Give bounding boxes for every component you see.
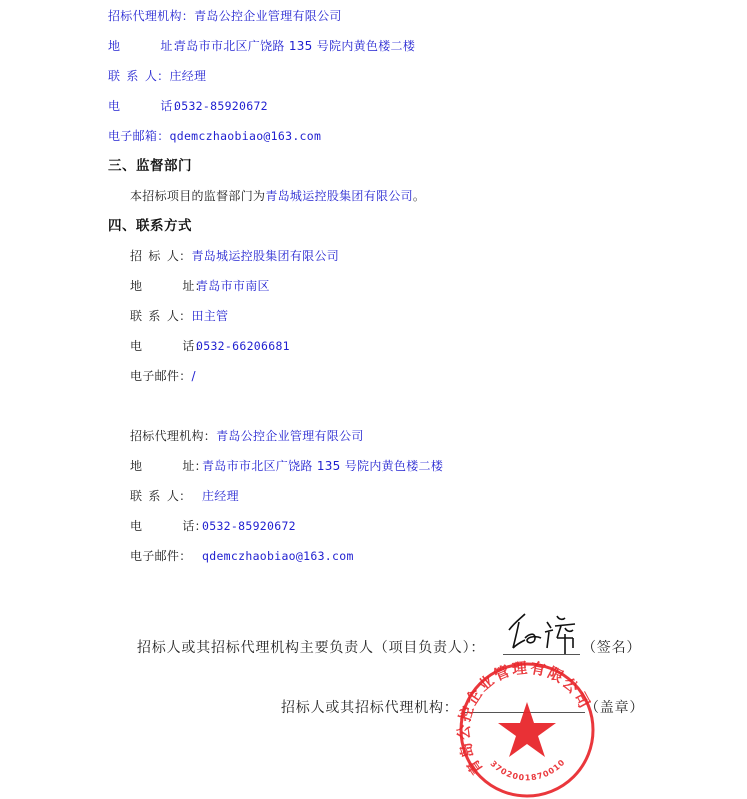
agent1-phone-label: 电话：: [108, 98, 174, 114]
section3-prefix: 本招标项目的监督部门为: [130, 189, 265, 203]
tenderer-contact-row: 联 系 人：田主管: [130, 308, 228, 324]
agent2-email-label: 电子邮件：: [130, 548, 202, 564]
agent2-phone-label: 电话：: [130, 518, 202, 534]
agent1-contact-value: 庄经理: [169, 69, 206, 83]
tenderer-phone-row: 电话：0532-66206681: [130, 338, 290, 354]
section4-heading: 四、联系方式: [108, 217, 192, 235]
agent2-phone-value: 0532-85920672: [202, 519, 296, 533]
agency-label: 招标人或其招标代理机构：: [281, 697, 459, 717]
agent2-org-value: 青岛公控企业管理有限公司: [216, 429, 364, 443]
seal-number: 3702001870010: [488, 757, 567, 782]
responsible-label: 招标人或其招标代理机构主要负责人（项目负责人）：: [137, 637, 485, 657]
tenderer-contact-value: 田主管: [191, 309, 228, 323]
tenderer-name-label: 招 标 人：: [130, 249, 191, 263]
agent2-address-row: 地址：青岛市市北区广饶路 135 号院内黄色楼二楼: [130, 458, 443, 474]
tenderer-address-label: 地址：: [130, 278, 196, 294]
tenderer-phone-value: 0532-66206681: [196, 339, 290, 353]
tenderer-email-row: 电子邮件：/: [130, 368, 196, 384]
agent1-contact-row: 联 系 人：庄经理: [108, 68, 206, 84]
tenderer-email-value: /: [192, 369, 196, 383]
agent1-address-row: 地址：青岛市市北区广饶路 135 号院内黄色楼二楼: [108, 38, 415, 54]
agent1-contact-label: 联 系 人：: [108, 69, 169, 83]
tenderer-address-row: 地址：青岛市市南区: [130, 278, 270, 294]
tenderer-name-row: 招 标 人：青岛城运控股集团有限公司: [130, 248, 339, 264]
agent1-phone-row: 电话：0532-85920672: [108, 98, 268, 114]
agent1-org-label: 招标代理机构：: [108, 9, 194, 23]
agent1-email-row: 电子邮箱：qdemczhaobiao@163.com: [108, 128, 321, 144]
agent2-email-row: 电子邮件：qdemczhaobiao@163.com: [130, 548, 354, 564]
agent2-address-value: 青岛市市北区广饶路 135 号院内黄色楼二楼: [202, 459, 443, 473]
agent2-email-value: qdemczhaobiao@163.com: [202, 549, 354, 563]
agent2-contact-value: 庄经理: [202, 489, 239, 503]
tenderer-email-label: 电子邮件：: [130, 369, 192, 383]
company-seal-stamp: 青岛公控企业管理有限公司 3702001870010: [456, 660, 598, 799]
agent2-contact-label: 联 系 人：: [130, 488, 202, 504]
agent2-org-row: 招标代理机构：青岛公控企业管理有限公司: [130, 428, 364, 444]
agent1-phone-value: 0532-85920672: [174, 99, 268, 113]
sign-suffix: （签名）: [582, 637, 641, 657]
tenderer-phone-label: 电话：: [130, 338, 196, 354]
tenderer-address-value: 青岛市市南区: [196, 279, 270, 293]
agent1-org-value: 青岛公控企业管理有限公司: [194, 9, 342, 23]
section3-suffix: 。: [413, 189, 425, 203]
seal-star-icon: [498, 702, 556, 757]
agent1-org-row: 招标代理机构：青岛公控企业管理有限公司: [108, 8, 342, 24]
agent2-org-label: 招标代理机构：: [130, 429, 216, 443]
agent2-contact-row: 联 系 人：庄经理: [130, 488, 239, 504]
handwritten-signature: [505, 608, 580, 656]
section3-org: 青岛城运控股集团有限公司: [265, 189, 413, 203]
agent1-address-value: 青岛市市北区广饶路 135 号院内黄色楼二楼: [174, 39, 415, 53]
tenderer-name-value: 青岛城运控股集团有限公司: [191, 249, 339, 263]
svg-text:3702001870010: 3702001870010: [488, 757, 567, 782]
agent2-phone-row: 电话：0532-85920672: [130, 518, 296, 534]
agent1-email-label: 电子邮箱：: [108, 129, 170, 143]
agent1-address-label: 地址：: [108, 38, 174, 54]
section3-heading: 三、监督部门: [108, 157, 192, 175]
tenderer-contact-label: 联 系 人：: [130, 309, 191, 323]
agent1-email-value: qdemczhaobiao@163.com: [170, 129, 322, 143]
section3-text: 本招标项目的监督部门为青岛城运控股集团有限公司。: [130, 188, 425, 204]
agent2-address-label: 地址：: [130, 458, 202, 474]
